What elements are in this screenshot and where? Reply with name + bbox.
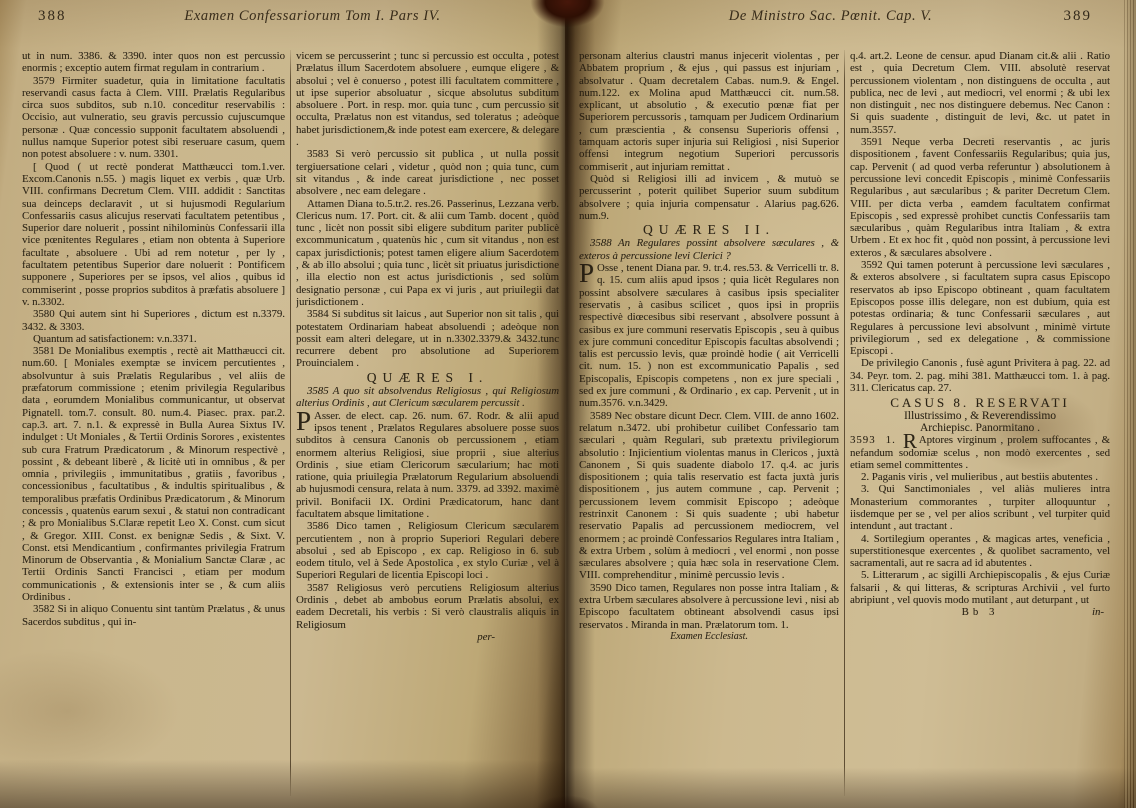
catchword: per- [296,631,559,643]
paragraph: De privilegio Canonis , fusè agunt Privi… [850,357,1110,394]
text-column-1: ut in num. 3386. & 3390. inter quos non … [22,50,285,796]
text-column-3: personam alterius claustri manus injecer… [579,50,839,796]
paragraph: q.4. art.2. Leone de censur. apud Dianam… [850,50,1110,136]
section-question: 3585 A quo sit absolvendus Religiosus , … [296,385,559,410]
page-edge [1124,0,1136,808]
paragraph: Attamen Diana to.5.tr.2. res.26. Passeri… [296,198,559,309]
page-right: De Ministro Sac. Pœnit. Cap. V. 389 pers… [565,0,1136,808]
paragraph: 4. Sortilegium operantes , & magicas art… [850,533,1110,570]
paragraph: 3580 Qui autem sint hi Superiores , dict… [22,308,285,333]
paragraph: [ Quod ( ut rectè ponderat Matthæucci to… [22,161,285,309]
paragraph: 3583 Si verò percussio sit publica , ut … [296,148,559,197]
spine-shadow-bottom [525,784,610,808]
text-block: personam alterius claustri manus injecer… [565,50,1136,796]
page-number: 388 [38,8,67,25]
paragraph: ut in num. 3386. & 3390. inter quos non … [22,50,285,75]
running-title: Examen Confessariorum Tom I. Pars IV. [0,8,565,25]
paragraph: personam alterius claustri manus injecer… [579,50,839,173]
section-subheading: Archiepisc. Panormitano . [850,422,1110,434]
section-heading: CASUS 8. RESERVATI [850,397,1110,409]
paragraph: 3586 Dico tamen , Religiosum Clericum sæ… [296,520,559,581]
paragraph: 3. Qui Sanctimoniales , vel aliàs mulier… [850,483,1110,532]
text-column-4: q.4. art.2. Leone de censur. apud Dianam… [850,50,1110,796]
page-number: 389 [1064,8,1093,25]
paragraph: 3590 Dico tamen, Regulares non posse int… [579,582,839,631]
paragraph: 2. Paganis viris , vel mulieribus , aut … [850,471,1110,483]
paragraph: vicem se percusserint ; tunc si percussi… [296,50,559,148]
paragraph: 3584 Si subditus sit laicus , aut Superi… [296,308,559,369]
paragraph: Quantum ad satisfactionem: v.n.3371. [22,333,285,345]
paragraph: PAsser. de elect. cap. 26. num. 67. Rodr… [296,410,559,521]
paragraph: 3581 De Monialibus exemptis , rectè ait … [22,345,285,603]
paragraph: 3582 Si in aliquo Conuentu sint tantùm P… [22,603,285,628]
section-question: 3588 An Regulares possint absolvere sæcu… [579,237,839,262]
page-left: 388 Examen Confessariorum Tom I. Pars IV… [0,0,565,808]
section-subheading: Illustrissimo , & Reverendissimo [850,410,1110,422]
spine-shadow-top [520,0,615,47]
text-block: ut in num. 3386. & 3390. inter quos non … [0,50,565,796]
paragraph: 3592 Qui tamen poterunt à percussione le… [850,259,1110,357]
book-scan: 388 Examen Confessariorum Tom I. Pars IV… [0,0,1136,808]
initial-capital: P [579,262,597,285]
column-rule [290,50,291,796]
column-rule [844,50,845,796]
paragraph: Quòd si Religiosi illi ad invicem , & mu… [579,173,839,222]
paragraph: 3579 Firmiter suadetur, quia in limitati… [22,75,285,161]
paragraph: 3593 1. RAptores virginum , prolem suffo… [850,434,1110,471]
paragraph: POsse , tenent Diana par. 9. tr.4. res.5… [579,262,839,410]
initial-capital: R [901,436,919,446]
paragraph: 3587 Religiosus verò percutiens Religios… [296,582,559,631]
text-column-2: vicem se percusserint ; tunc si percussi… [296,50,559,796]
page-header: 388 Examen Confessariorum Tom I. Pars IV… [0,8,565,38]
paragraph: 3589 Nec obstare dicunt Decr. Clem. VIII… [579,410,839,582]
running-title: De Ministro Sac. Pœnit. Cap. V. [565,8,1136,25]
paragraph: 5. Litterarum , ac sigilli Archiepiscopa… [850,569,1110,606]
section-heading: QUÆRES II. [579,224,839,236]
initial-capital: P [296,410,314,433]
page-header: De Ministro Sac. Pœnit. Cap. V. 389 [565,8,1136,38]
section-number: 3593 1. [850,434,901,446]
running-footer: Examen Ecclesiast. [579,631,839,643]
paragraph: 3591 Neque verba Decreti reservantis , a… [850,136,1110,259]
section-heading: QUÆRES I. [296,372,559,384]
